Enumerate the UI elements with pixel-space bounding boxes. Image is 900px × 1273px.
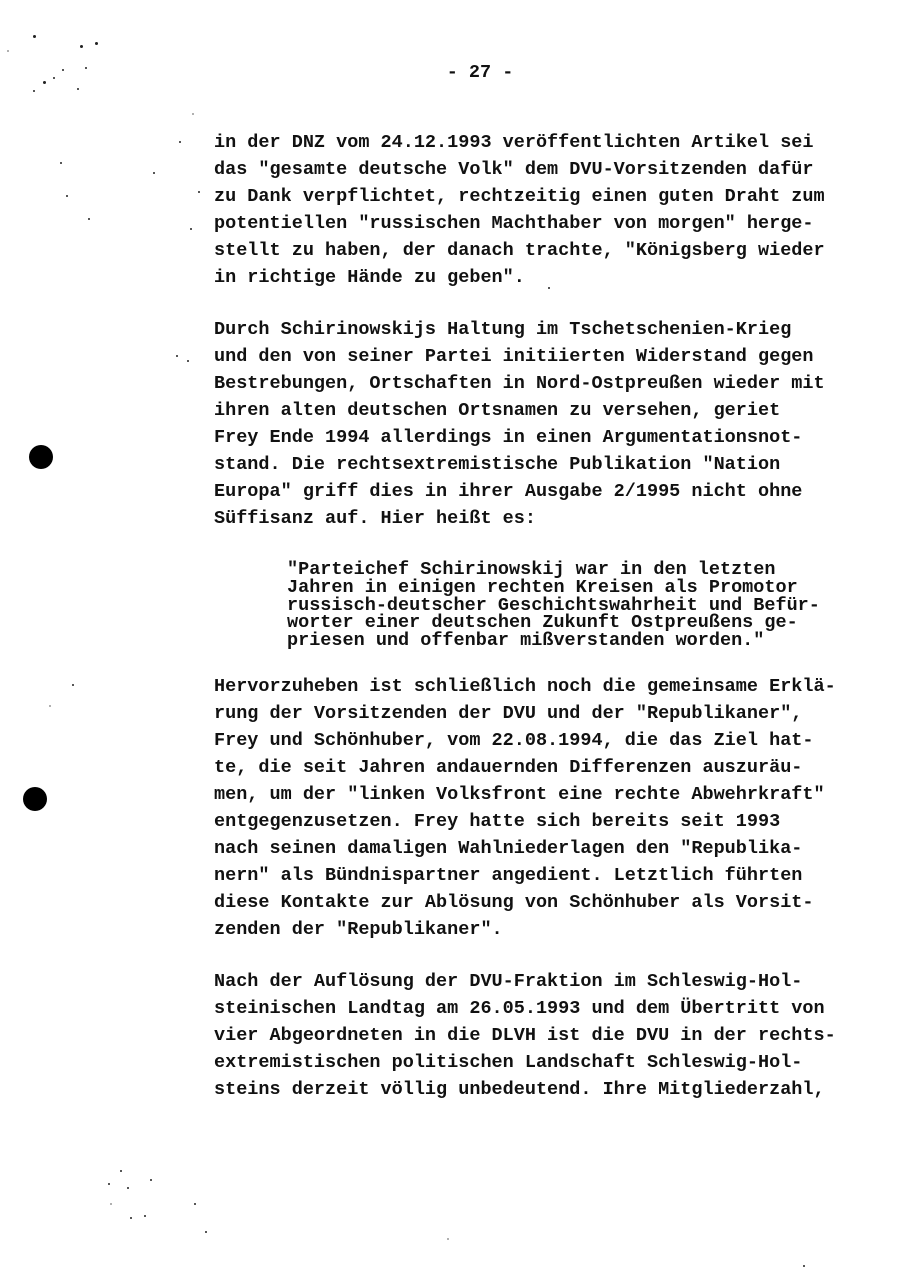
quote-line: priesen und offenbar mißverstanden worde… — [287, 632, 820, 650]
text-line: ihren alten deutschen Ortsnamen zu verse… — [214, 397, 825, 424]
text-line: Süffisanz auf. Hier heißt es: — [214, 505, 825, 532]
paragraph-4: Nach der Auflösung der DVU-Fraktion im S… — [214, 968, 836, 1103]
text-line: Europa" griff dies in ihrer Ausgabe 2/19… — [214, 478, 825, 505]
paragraph-1: in der DNZ vom 24.12.1993 veröffentlicht… — [214, 129, 825, 291]
block-quote: "Parteichef Schirinowskij war in den let… — [287, 561, 820, 650]
page-number: - 27 - — [440, 62, 520, 83]
text-line: Nach der Auflösung der DVU-Fraktion im S… — [214, 968, 836, 995]
text-line: in richtige Hände zu geben". — [214, 264, 825, 291]
text-line: nern" als Bündnispartner angedient. Letz… — [214, 862, 836, 889]
text-line: entgegenzusetzen. Frey hatte sich bereit… — [214, 808, 836, 835]
text-line: potentiellen "russischen Machthaber von … — [214, 210, 825, 237]
paragraph-3: Hervorzuheben ist schließlich noch die g… — [214, 673, 836, 943]
text-line: Durch Schirinowskijs Haltung im Tschetsc… — [214, 316, 825, 343]
text-line: Frey und Schönhuber, vom 22.08.1994, die… — [214, 727, 836, 754]
text-line: diese Kontakte zur Ablösung von Schönhub… — [214, 889, 836, 916]
text-line: das "gesamte deutsche Volk" dem DVU-Vors… — [214, 156, 825, 183]
punch-hole-bottom — [23, 787, 47, 811]
text-line: nach seinen damaligen Wahlniederlagen de… — [214, 835, 836, 862]
text-line: Hervorzuheben ist schließlich noch die g… — [214, 673, 836, 700]
text-line: zu Dank verpflichtet, rechtzeitig einen … — [214, 183, 825, 210]
text-line: men, um der "linken Volksfront eine rech… — [214, 781, 836, 808]
text-line: stand. Die rechtsextremistische Publikat… — [214, 451, 825, 478]
text-line: rung der Vorsitzenden der DVU und der "R… — [214, 700, 836, 727]
quote-line: Jahren in einigen rechten Kreisen als Pr… — [287, 579, 820, 597]
text-line: extremistischen politischen Landschaft S… — [214, 1049, 836, 1076]
text-line: in der DNZ vom 24.12.1993 veröffentlicht… — [214, 129, 825, 156]
text-line: zenden der "Republikaner". — [214, 916, 836, 943]
text-line: stellt zu haben, der danach trachte, "Kö… — [214, 237, 825, 264]
text-line: Frey Ende 1994 allerdings in einen Argum… — [214, 424, 825, 451]
punch-hole-top — [29, 445, 53, 469]
text-line: und den von seiner Partei initiierten Wi… — [214, 343, 825, 370]
text-line: vier Abgeordneten in die DLVH ist die DV… — [214, 1022, 836, 1049]
text-line: steins derzeit völlig unbedeutend. Ihre … — [214, 1076, 836, 1103]
text-line: steinischen Landtag am 26.05.1993 und de… — [214, 995, 836, 1022]
text-line: Bestrebungen, Ortschaften in Nord-Ostpre… — [214, 370, 825, 397]
paragraph-2: Durch Schirinowskijs Haltung im Tschetsc… — [214, 316, 825, 532]
text-line: te, die seit Jahren andauernden Differen… — [214, 754, 836, 781]
